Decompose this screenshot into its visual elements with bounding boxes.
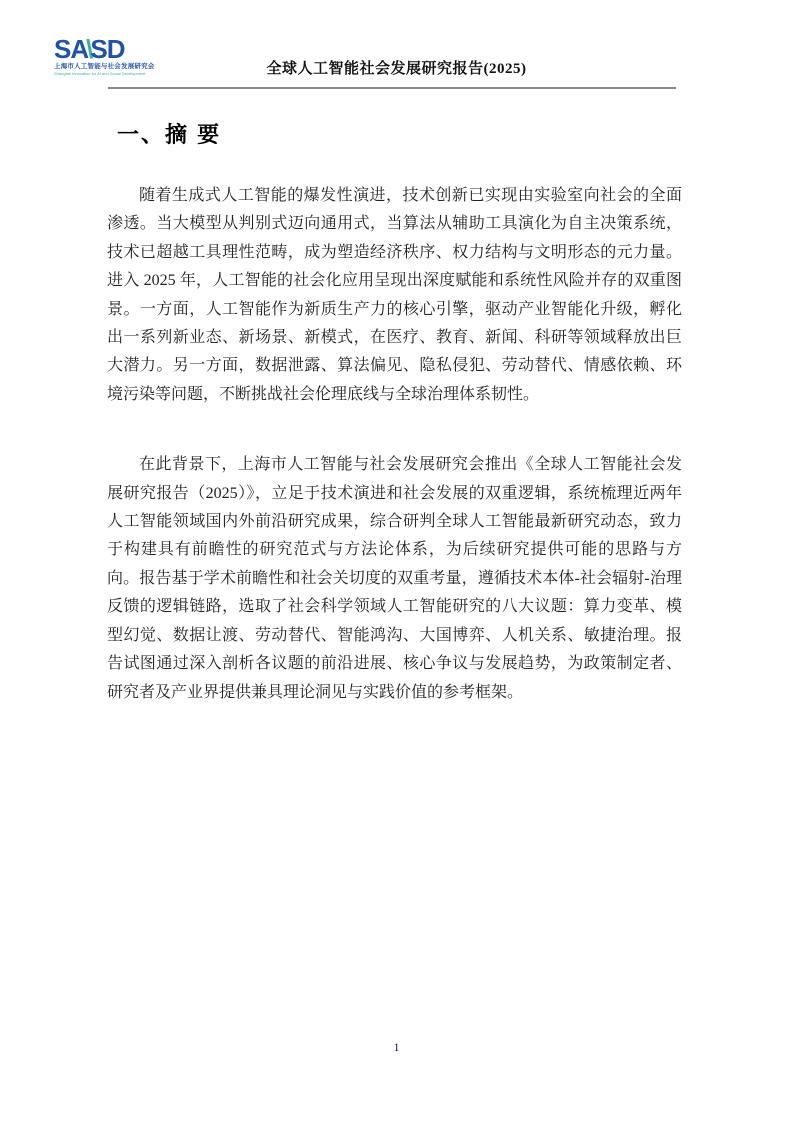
- abstract-body: 随着生成式人工智能的爆发性演进，技术创新已实现由实验室向社会的全面渗透。当大模型…: [107, 182, 682, 707]
- running-header-title: 全球人工智能社会发展研究报告(2025): [0, 57, 793, 78]
- report-page: SA\SD 上海市人工智能与社会发展研究会 Shanghai Innovatio…: [0, 0, 793, 1122]
- header-divider-line: [108, 87, 676, 89]
- section-heading-abstract: 一、摘 要: [117, 118, 221, 149]
- abstract-paragraph-1: 随着生成式人工智能的爆发性演进，技术创新已实现由实验室向社会的全面渗透。当大模型…: [107, 182, 682, 409]
- abstract-paragraph-2: 在此背景下，上海市人工智能与社会发展研究会推出《全球人工智能社会发展研究报告（2…: [107, 451, 682, 707]
- page-number: 1: [0, 1040, 793, 1055]
